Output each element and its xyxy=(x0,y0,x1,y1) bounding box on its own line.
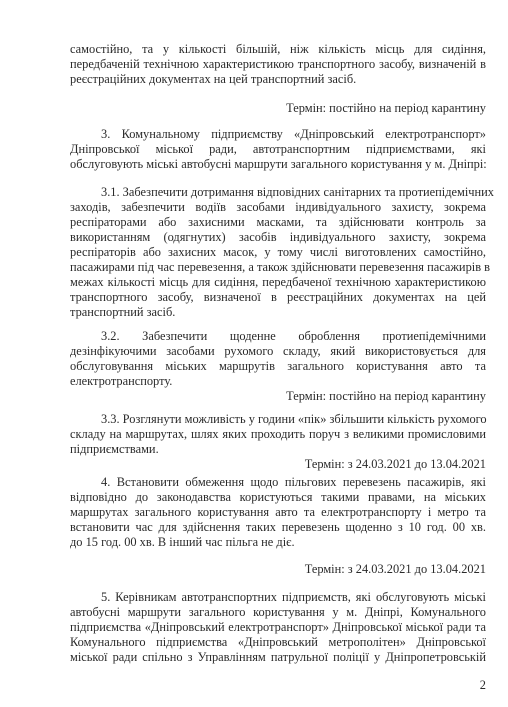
deadline-term: Термін: постійно на період карантину xyxy=(70,101,486,116)
page-number: 2 xyxy=(480,678,486,693)
paragraph-line: 3.1. Забезпечити дотримання відповідних … xyxy=(101,185,486,200)
paragraph-line: обслуговування міських маршрутів загальн… xyxy=(70,359,486,374)
paragraph-line: 3. Комунальному підприємству «Дніпровськ… xyxy=(101,127,486,142)
paragraph-line: самостійно, та у кількості більшій, ніж … xyxy=(70,42,486,57)
paragraph-line: 3.3. Розглянути можливість у години «пік… xyxy=(101,412,486,427)
paragraph-line: респіраторами або захисними масками, та … xyxy=(70,215,486,230)
paragraph-line: респіраторів або захисних масок, у тому … xyxy=(70,245,486,260)
paragraph-line: обслуговують міські автобусні маршрути з… xyxy=(70,157,486,172)
paragraph-line: транспортний засіб. xyxy=(70,305,486,320)
paragraph-line: складу на маршрутах, шлях яких проходить… xyxy=(70,427,486,442)
paragraph-line: автобусні маршрути загального користуван… xyxy=(70,605,486,620)
deadline-term: Термін: з 24.03.2021 до 13.04.2021 xyxy=(70,562,486,577)
paragraph-line: використанням (одягнутих) засобів індиві… xyxy=(70,230,486,245)
paragraph-line: встановити час для здійснення таких пере… xyxy=(70,520,486,535)
paragraph-line: Комунального підприємства «Дніпровський … xyxy=(70,635,486,650)
paragraph-line: пасажирами під час перевезення, а також … xyxy=(70,260,486,275)
paragraph-line: дезінфікуючими засобами рухомого складу,… xyxy=(70,344,486,359)
paragraph-line: до 15 год. 00 хв. В інший час пільга не … xyxy=(70,535,486,550)
paragraph-line: електротранспорту. xyxy=(70,374,486,389)
paragraph-line: передбаченій технічною характеристикою т… xyxy=(70,57,486,72)
deadline-term: Термін: постійно на період карантину xyxy=(70,389,486,404)
paragraph-line: реєстраційних документах на цей транспор… xyxy=(70,72,486,87)
paragraph-line: межах кількості місць для сидіння, перед… xyxy=(70,275,486,290)
paragraph-line: підприємства «Дніпровський електротрансп… xyxy=(70,620,486,635)
paragraph-line: 3.2. Забезпечити щоденне оброблення прот… xyxy=(101,329,486,344)
paragraph-line: заходів, забезпечити водіїв засобами інд… xyxy=(70,200,486,215)
paragraph-line: міської ради спільно з Управлінням патру… xyxy=(70,650,486,665)
paragraph-line: 5. Керівникам автотранспортних підприємс… xyxy=(101,590,486,605)
paragraph-line: відповідно до законодавства користуються… xyxy=(70,490,486,505)
paragraph-line: транспортного засобу, визначеної в реєст… xyxy=(70,290,486,305)
paragraph-line: маршрутах загального користування авто т… xyxy=(70,505,486,520)
paragraph-line: 4. Встановити обмеження щодо пільгових п… xyxy=(101,475,486,490)
deadline-term: Термін: з 24.03.2021 до 13.04.2021 xyxy=(70,457,486,472)
document-page: самостійно, та у кількості більшій, ніж … xyxy=(0,0,508,707)
paragraph-line: Дніпровської міської ради, автотранспорт… xyxy=(70,142,486,157)
paragraph-line: підприємствами. xyxy=(70,442,486,457)
